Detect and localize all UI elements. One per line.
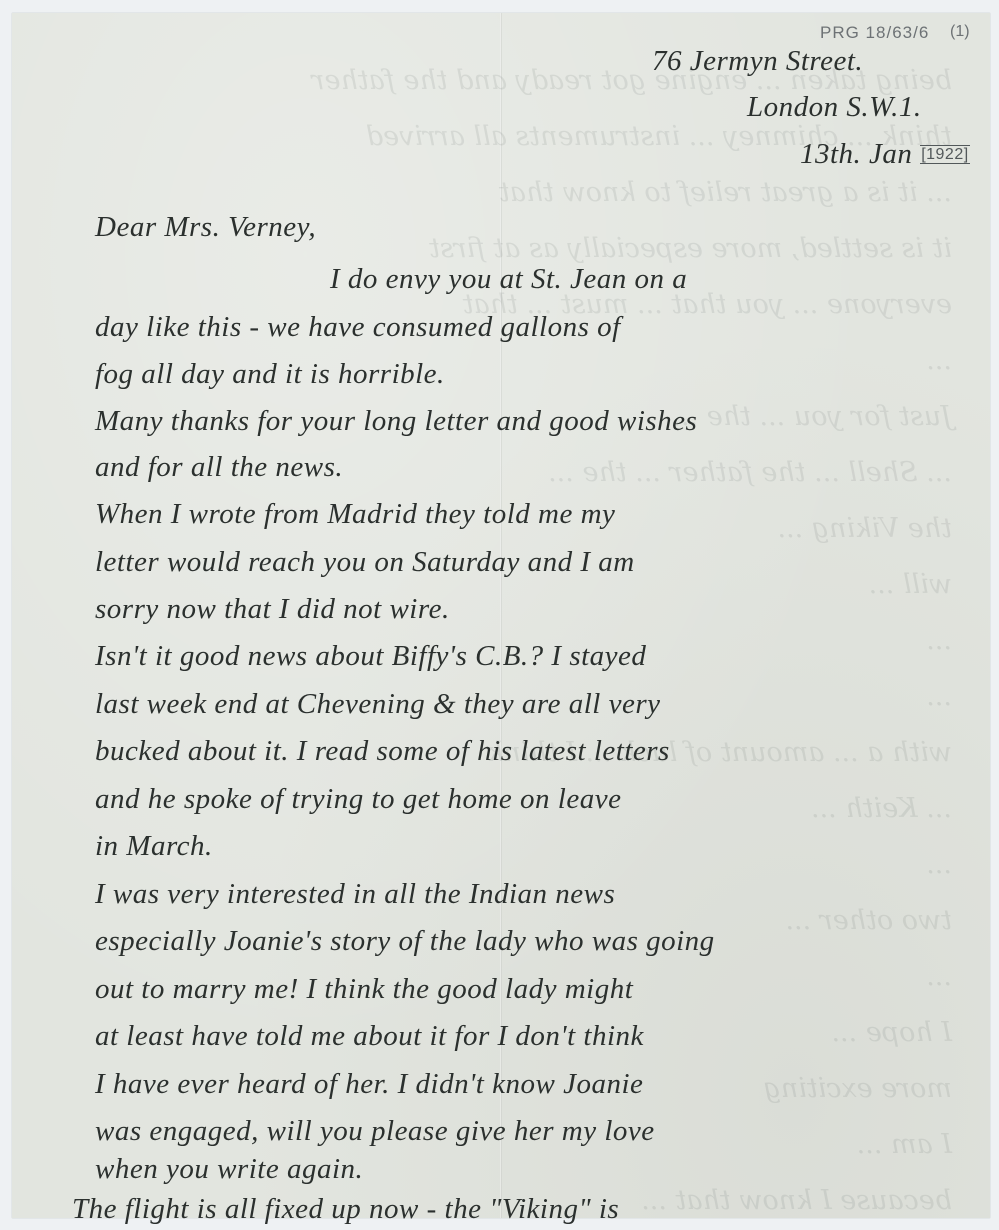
- body-line: Isn't it good news about Biffy's C.B.? I…: [95, 640, 646, 673]
- body-line: I was very interested in all the Indian …: [95, 878, 615, 911]
- body-line: was engaged, will you please give her my…: [95, 1115, 655, 1148]
- body-line: I do envy you at St. Jean on a: [330, 263, 687, 296]
- body-line: letter would reach you on Saturday and I…: [95, 546, 635, 579]
- body-line: I have ever heard of her. I didn't know …: [95, 1068, 643, 1101]
- body-line: last week end at Chevening & they are al…: [95, 688, 661, 721]
- body-line: fog all day and it is horrible.: [95, 358, 445, 391]
- address-line-2: London S.W.1.: [747, 91, 922, 124]
- body-line: and he spoke of trying to get home on le…: [95, 783, 621, 816]
- body-line: When I wrote from Madrid they told me my: [95, 498, 615, 531]
- body-line: at least have told me about it for I don…: [95, 1020, 644, 1053]
- body-line: especially Joanie's story of the lady wh…: [95, 925, 715, 958]
- body-line: day like this - we have consumed gallons…: [95, 311, 621, 344]
- body-line: Many thanks for your long letter and goo…: [95, 405, 697, 438]
- body-line: The flight is all fixed up now - the "Vi…: [72, 1193, 619, 1226]
- body-line: sorry now that I did not wire.: [95, 593, 450, 626]
- year-annotation: [1922]: [920, 145, 969, 164]
- body-line: when you write again.: [95, 1153, 363, 1186]
- letter-page: being taken ... engine got ready and the…: [12, 13, 990, 1218]
- archive-page-number: (1): [950, 23, 970, 41]
- body-line: bucked about it. I read some of his late…: [95, 735, 670, 768]
- salutation: Dear Mrs. Verney,: [95, 211, 316, 244]
- body-line: in March.: [95, 830, 213, 863]
- archive-reference: PRG 18/63/6: [820, 23, 929, 43]
- address-line-1: 76 Jermyn Street.: [652, 45, 863, 78]
- body-line: out to marry me! I think the good lady m…: [95, 973, 633, 1006]
- letter-date: 13th. Jan [1922]: [800, 138, 970, 171]
- body-line: and for all the news.: [95, 451, 343, 484]
- date-text: 13th. Jan: [800, 138, 912, 170]
